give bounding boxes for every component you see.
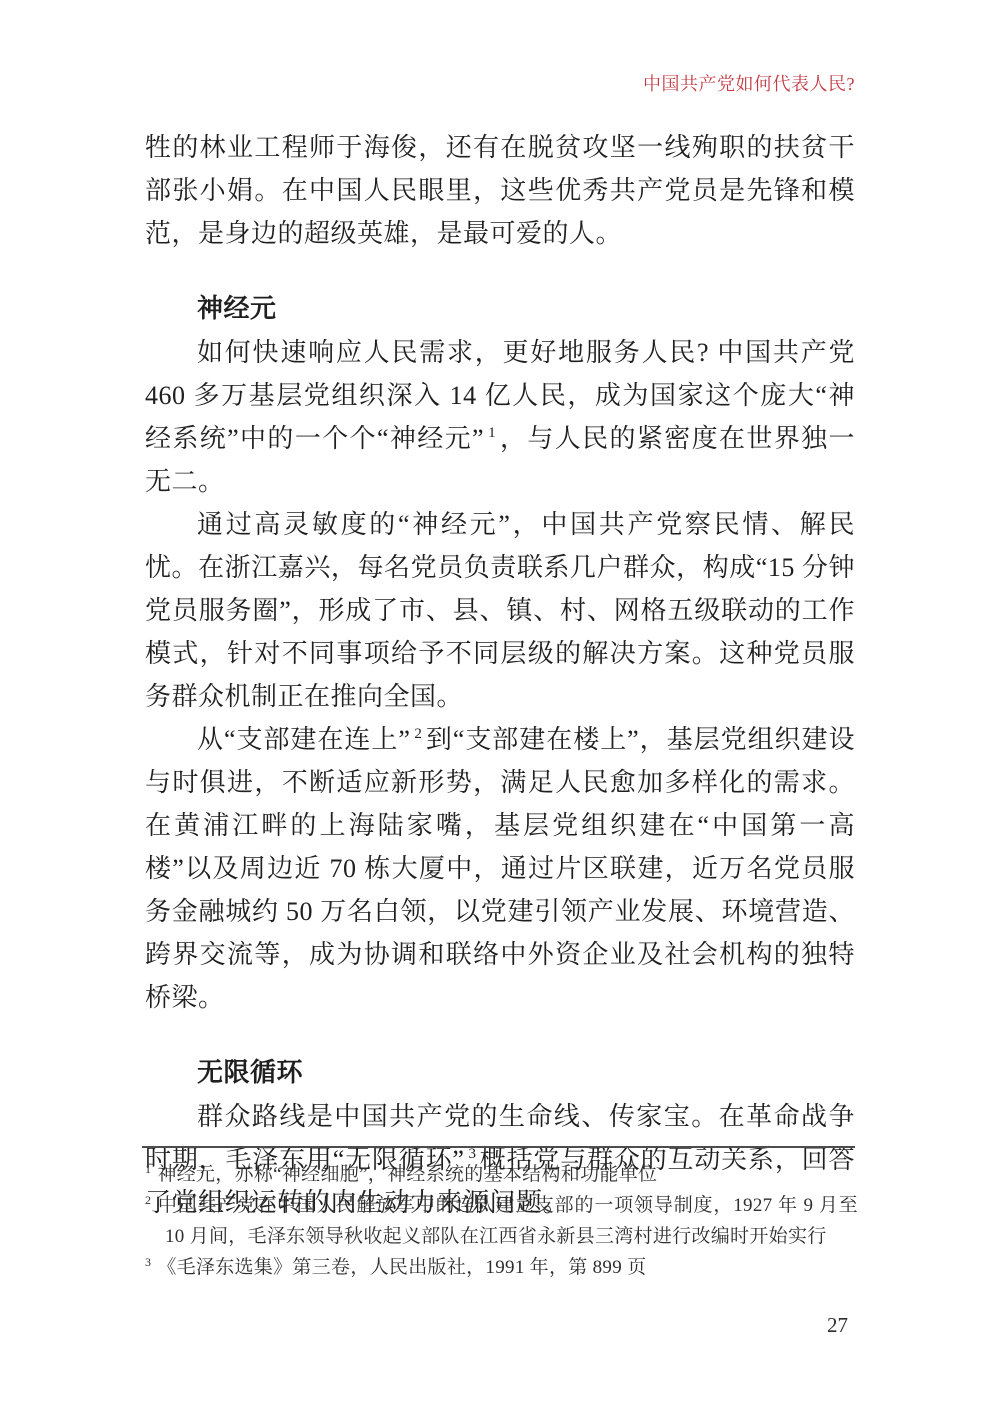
- footnote-1: 1神经元，亦称“神经细胞”，神经系统的基本结构和功能单位: [145, 1159, 858, 1190]
- footnote-3-marker: 3: [145, 1255, 151, 1269]
- section-heading-neuron: 神经元: [145, 287, 855, 331]
- footnote-1-text: 神经元，亦称“神经细胞”，神经系统的基本结构和功能单位: [157, 1164, 657, 1185]
- footnote-2: 2中国共产党在中国人民解放军中的连队建立支部的一项领导制度，1927 年 9 月…: [145, 1190, 858, 1252]
- footnote-2-marker: 2: [145, 1193, 151, 1207]
- paragraph-text: 通过高灵敏度的“神经元”，中国共产党察民情、解民忧。在浙江嘉兴，每名党员负责联系…: [145, 510, 855, 711]
- footnote-divider: [142, 1146, 855, 1148]
- running-head: 中国共产党如何代表人民?: [643, 72, 855, 96]
- footnote-ref-2: 2: [410, 726, 425, 742]
- paragraph-intro: 牲的林业工程师于海俊，还有在脱贫攻坚一线殉职的扶贫干部张小娟。在中国人民眼里，这…: [145, 126, 855, 255]
- footnote-3-text: 《毛泽东选集》第三卷，人民出版社，1991 年，第 899 页: [157, 1257, 646, 1278]
- section-heading-infinite-loop: 无限循环: [145, 1051, 855, 1095]
- paragraph: 通过高灵敏度的“神经元”，中国共产党察民情、解民忧。在浙江嘉兴，每名党员负责联系…: [145, 503, 855, 718]
- footnote-1-marker: 1: [145, 1162, 151, 1176]
- book-page: 中国共产党如何代表人民? 牲的林业工程师于海俊，还有在脱贫攻坚一线殉职的扶贫干部…: [0, 0, 1000, 1405]
- footnote-3: 3《毛泽东选集》第三卷，人民出版社，1991 年，第 899 页: [145, 1252, 858, 1283]
- paragraph-text: 到“支部建在楼上”，基层党组织建设与时俱进，不断适应新形势，满足人民愈加多样化的…: [145, 725, 855, 1012]
- section-neuron: 神经元 如何快速响应人民需求，更好地服务人民? 中国共产党 460 多万基层党组…: [145, 287, 855, 1019]
- footnote-ref-1: 1: [484, 425, 499, 441]
- paragraph-text: 从“支部建在连上”: [197, 725, 410, 754]
- paragraph-intro-text: 牲的林业工程师于海俊，还有在脱贫攻坚一线殉职的扶贫干部张小娟。在中国人民眼里，这…: [145, 133, 855, 248]
- paragraph: 从“支部建在连上”2到“支部建在楼上”，基层党组织建设与时俱进，不断适应新形势，…: [145, 718, 855, 1019]
- paragraph: 如何快速响应人民需求，更好地服务人民? 中国共产党 460 多万基层党组织深入 …: [145, 331, 855, 503]
- page-content: 牲的林业工程师于海俊，还有在脱贫攻坚一线殉职的扶贫干部张小娟。在中国人民眼里，这…: [145, 126, 855, 1224]
- footnotes: 1神经元，亦称“神经细胞”，神经系统的基本结构和功能单位 2中国共产党在中国人民…: [145, 1159, 858, 1283]
- footnote-2-text: 中国共产党在中国人民解放军中的连队建立支部的一项领导制度，1927 年 9 月至…: [157, 1195, 858, 1247]
- page-number: 27: [827, 1312, 848, 1338]
